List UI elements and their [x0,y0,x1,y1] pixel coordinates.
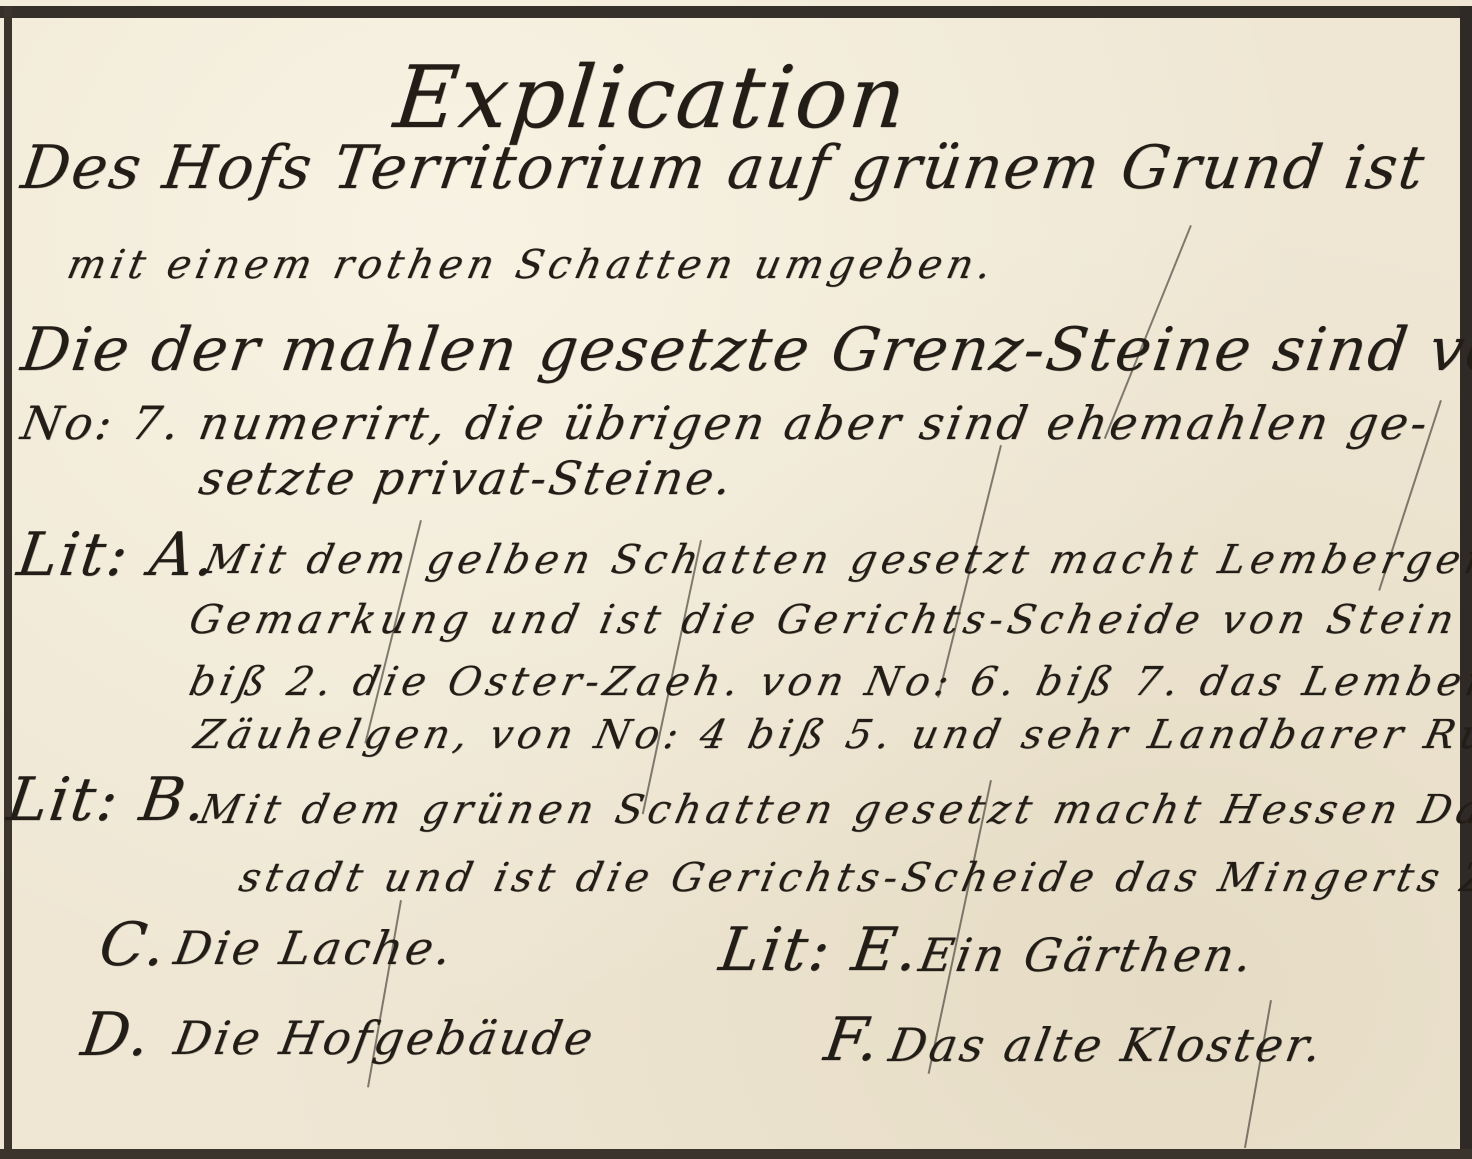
legend-a-line-2: Gemarkung und ist die Gerichts-Scheide v… [186,600,1472,640]
legend-a-line-4: Zäuhelgen, von No: 4 biß 5. und sehr Lan… [191,715,1472,755]
legend-d-text: Die Hofgebäude [171,1015,599,1061]
manuscript-page: Explication Des Hofs Territorium auf grü… [0,0,1472,1159]
frame-border-top [0,6,1472,18]
intro-line-2: mit einem rothen Schatten umgeben. [64,245,1000,285]
legend-b-line-1: Mit dem grünen Schatten gesetzt macht He… [196,790,1472,830]
frame-border-left [4,6,12,1159]
legend-c-label: C. [96,915,171,975]
legend-b-line-2: stadt und ist die Gerichts-Scheide das M… [236,858,1472,898]
intro-line-1: Des Hofs Territorium auf grünem Grund is… [18,138,1430,198]
frame-border-bottom [0,1149,1472,1159]
legend-a-line-1: Mit dem gelben Schatten gesetzt macht Le… [201,540,1472,580]
document-title: Explication [390,55,911,141]
legend-e-text: Ein Gärthen. [916,932,1258,978]
legend-e-label: Lit: E. [716,920,924,980]
intro-line-4: No: 7. numerirt, die übrigen aber sind e… [18,400,1434,446]
legend-f-label: F. [821,1010,885,1070]
legend-b-label: Lit: B. [4,770,212,830]
intro-line-3: Die der mahlen gesetzte Grenz-Steine sin… [18,320,1472,380]
intro-line-5: setzte privat-Steine. [196,455,738,501]
legend-d-label: D. [78,1005,155,1065]
legend-c-text: Die Lache. [171,925,458,971]
legend-a-label: Lit: A. [14,525,221,585]
